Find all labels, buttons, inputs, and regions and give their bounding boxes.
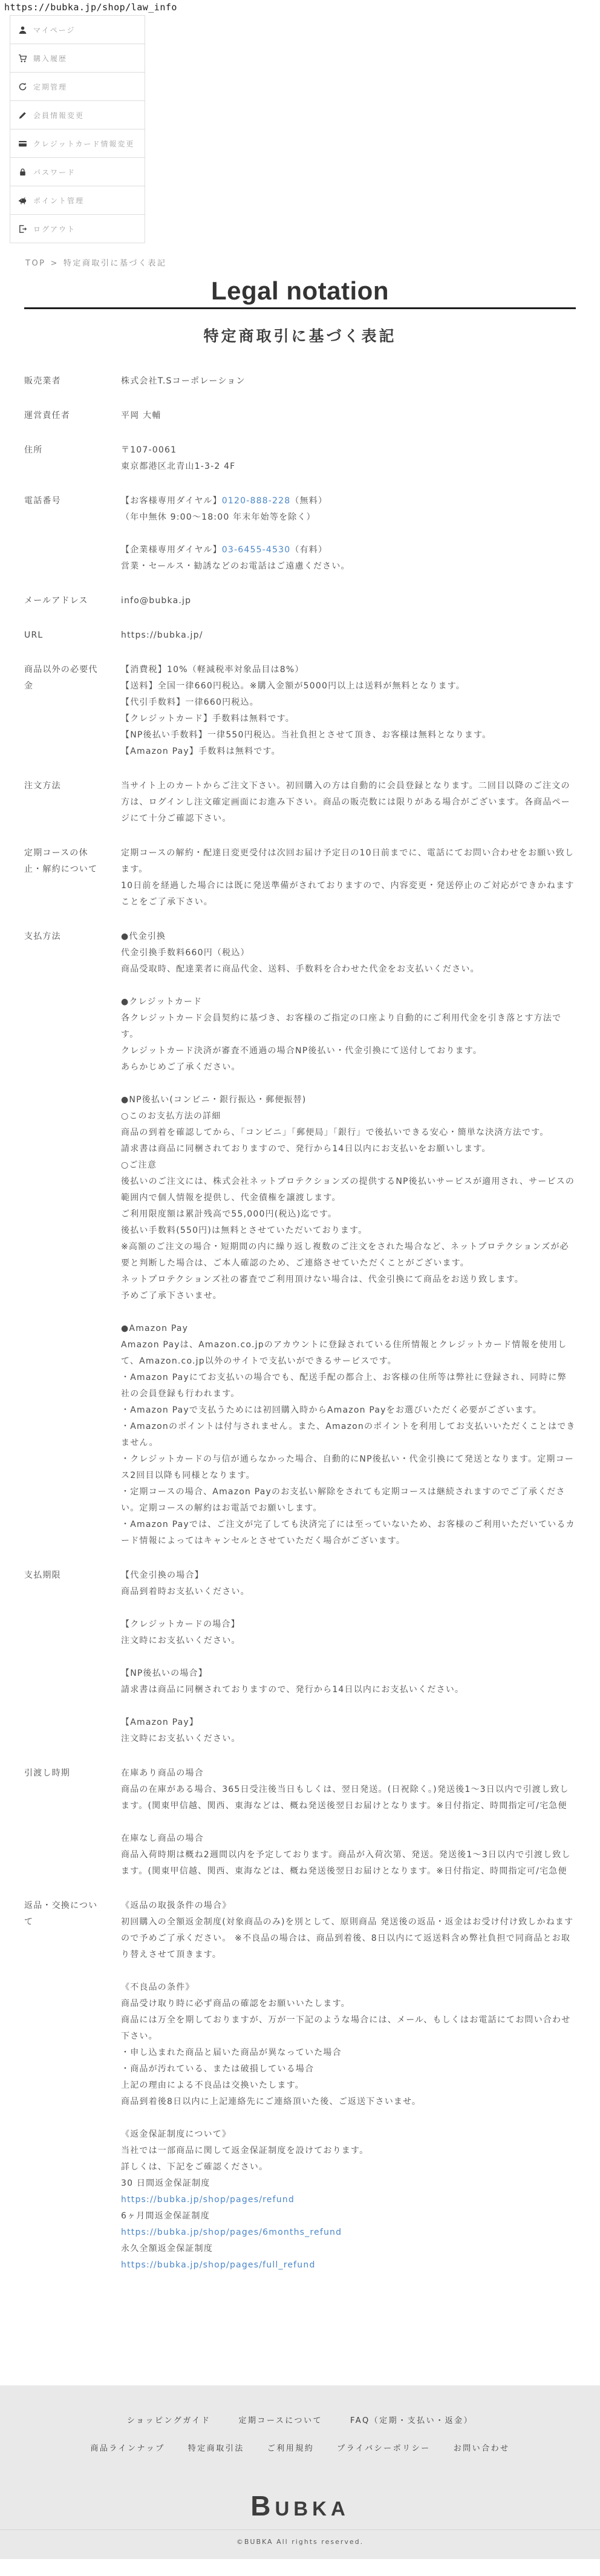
row-label: 支払期限 [24, 1568, 104, 1747]
value-text: 【NP後払いの場合】 [121, 1669, 207, 1678]
sidebar-item-label: 定期管理 [33, 82, 67, 92]
value-text: ●代金引換 [121, 932, 166, 941]
value-text: 当サイト上のカートからご注文下さい。初回購入の方は自動的に会員登録となります。二… [121, 781, 570, 823]
value-line: ●クレジットカード [121, 994, 576, 1010]
footer-link-2[interactable]: 定期コースについて [238, 2414, 322, 2425]
value-text: 初回購入の全額返金制度(対象商品のみ)を別として、原則商品 発送後の返品・返金は… [121, 1917, 573, 1960]
sidebar-item-6[interactable]: パスワード [10, 158, 145, 186]
value-line: ネットプロテクションズ社の審査でご利用頂けない場合は、代金引換にて商品をお送り致… [121, 1272, 576, 1288]
value-line: 在庫なし商品の場合 [121, 1831, 576, 1847]
value-text: ○ご注意 [121, 1160, 157, 1170]
value-text: 請求書は商品に同梱されておりますので、発行から14日以内にお支払いをお願いします… [121, 1144, 491, 1154]
value-text: ・Amazonのポイントは付与されません。また、Amazonのポイントを利用して… [121, 1422, 576, 1448]
sidebar-item-3[interactable]: 定期管理 [10, 73, 145, 101]
blank-line [121, 2110, 576, 2127]
value-line: ●Amazon Pay [121, 1321, 576, 1337]
value-line: 代金引換手数料660円（税込） [121, 945, 576, 961]
table-row: URLhttps://bubka.jp/ [24, 618, 576, 653]
logout-icon [18, 224, 27, 234]
value-line: 商品受け取り時に必ず商品の確認をお願いいたします。 [121, 1996, 576, 2012]
value-line: 商品入荷時期は概ね2週間以内を予定しております。商品が入荷次第、発送。発送後1〜… [121, 1847, 576, 1880]
sidebar-item-label: 購入履歴 [33, 53, 67, 64]
value-text: Amazon Payは、Amazon.co.jpのアカウントに登録されている住所… [121, 1340, 567, 1366]
page-title: Legal notation [24, 276, 576, 306]
value-text: 【消費税】10%（軽減税率対象品目は8%） [121, 665, 304, 675]
blank-line [121, 1698, 576, 1715]
value-line: ・Amazon Payでは、ご注文が完了しても決済完了には至っていないため、お客… [121, 1517, 576, 1549]
value-text: 商品の到着を確認してから、「コンビニ」「郵便局」「銀行」で後払いできる安心・簡単… [121, 1128, 549, 1137]
value-line: あらかじめご了承ください。 [121, 1059, 576, 1076]
value-line: ・商品が汚れている、または破損している場合 [121, 2061, 576, 2077]
value-line: ●代金引換 [121, 929, 576, 945]
value-text: 【代金引換の場合】 [121, 1571, 204, 1580]
row-value: 在庫あり商品の場合商品の在庫がある場合、365日受注後当日もしくは、翌日発送。(… [121, 1765, 576, 1880]
row-label: メールアドレス [24, 593, 104, 609]
value-text: 当社では一部商品に関して返金保証制度を設けております。 [121, 2146, 368, 2156]
row-value: 当サイト上のカートからご注文下さい。初回購入の方は自動的に会員登録となります。二… [121, 778, 576, 827]
copyright: ©BUBKA All rights reserved. [0, 2529, 600, 2559]
value-line: 【NP後払いの場合】 [121, 1666, 576, 1682]
row-value: 平岡 大輔 [121, 408, 576, 424]
legal-table: 販売業者株式会社T.Sコーポレーション運営責任者平岡 大輔住所〒107-0061… [24, 364, 576, 2283]
piggy-bank-icon [18, 196, 27, 205]
table-row: 住所〒107-0061東京都港区北青山1-3-2 4F [24, 433, 576, 484]
table-row: 注文方法当サイト上のカートからご注文下さい。初回購入の方は自動的に会員登録となり… [24, 769, 576, 836]
value-line: 上記の理由による不良品は交換いたします。 [121, 2077, 576, 2094]
value-line: 当社では一部商品に関して返金保証制度を設けております。 [121, 2143, 576, 2159]
value-text: ※高額のご注文の場合・短期間の内に繰り返し複数のご注文をされた場合など、ネットプ… [121, 1242, 569, 1268]
row-label: 電話番号 [24, 493, 104, 575]
value-line: 【送料】全国一律660円税込。※購入金額が5000円以上は送料が無料となります。 [121, 678, 576, 695]
value-text: 【NP後払い手数料】一律550円税込。当社負担とさせて頂き、お客様は無料となりま… [121, 730, 491, 740]
blank-line [121, 978, 576, 994]
inline-link[interactable]: 0120-888-228 [222, 496, 291, 506]
value-text: 定期コースの解約・配達日変更受付は次回お届け予定日の10日前までに、電話にてお問… [121, 848, 574, 874]
value-line: 商品到着時お支払いください。 [121, 1584, 576, 1600]
sidebar-item-8[interactable]: ログアウト [10, 215, 145, 243]
value-line: ※高額のご注文の場合・短期間の内に繰り返し複数のご注文をされた場合など、ネットプ… [121, 1239, 576, 1272]
value-line: ○ご注意 [121, 1157, 576, 1174]
row-value: 【代金引換の場合】商品到着時お支払いください。【クレジットカードの場合】注文時に… [121, 1568, 576, 1747]
value-text: 代金引換手数料660円（税込） [121, 948, 250, 958]
breadcrumb-separator: > [51, 259, 59, 268]
page-heading-wrap: Legal notation [24, 276, 576, 309]
footer-link-secondary-4[interactable]: プライバシーポリシー [337, 2442, 430, 2453]
value-line: 【クレジットカードの場合】 [121, 1617, 576, 1633]
sidebar-item-label: マイページ [33, 25, 76, 35]
sidebar-item-5[interactable]: クレジットカード情報変更 [10, 129, 145, 158]
value-line: ご利用限度額は累計残高で55,000円(税込)迄です。 [121, 1206, 576, 1223]
value-text: 《返金保証制度について》 [121, 2130, 231, 2139]
value-line: 6ヶ月間返金保証制度 [121, 2208, 576, 2225]
value-text: 30 日間返金保証制度 [121, 2179, 210, 2188]
value-text: 【Amazon Pay】手数料は無料です。 [121, 747, 281, 756]
value-line: 商品には万全を期しておりますが、万が一下記のような場合には、メール、もしくはお電… [121, 2012, 576, 2045]
value-line: （年中無休 9:00〜18:00 年末年始等を除く） [121, 509, 576, 526]
sidebar-item-7[interactable]: ポイント管理 [10, 186, 145, 215]
breadcrumb-top-link[interactable]: TOP [25, 259, 46, 268]
value-text: 永久全額返金保証制度 [121, 2244, 213, 2254]
breadcrumb-current: 特定商取引に基づく表記 [64, 259, 167, 268]
value-line: 商品受取時、配達業者に商品代金、送料、手数料を合わせた代金をお支払いください。 [121, 961, 576, 978]
breadcrumb: TOP>特定商取引に基づく表記 [25, 257, 600, 268]
value-line: 営業・セールス・勧誘などのお電話はご遠慮ください。 [121, 558, 576, 575]
value-text: 在庫あり商品の場合 [121, 1768, 204, 1778]
value-text: （年中無休 9:00〜18:00 年末年始等を除く） [121, 512, 316, 522]
value-text: （無料） [290, 496, 327, 506]
value-line: ●NP後払い(コンビニ・銀行振込・郵便振替) [121, 1092, 576, 1108]
value-text: ・定期コースの場合、Amazon Payのお支払い解除をされても定期コースは継続… [121, 1487, 566, 1513]
value-text: 【お客様専用ダイヤル】 [121, 496, 222, 506]
value-text: 詳しくは、下記をご確認ください。 [121, 2162, 268, 2172]
value-line: 請求書は商品に同梱されておりますので、発行から14日以内にお支払いください。 [121, 1682, 576, 1698]
value-text: 【送料】全国一律660円税込。※購入金額が5000円以上は送料が無料となります。 [121, 681, 465, 691]
value-text: 株式会社T.Sコーポレーション [121, 376, 246, 386]
value-line: 【クレジットカード】手数料は無料です。 [121, 711, 576, 727]
footer-link-secondary-2[interactable]: 特定商取引法 [188, 2442, 244, 2453]
footer-link-secondary-3[interactable]: ご利用規約 [267, 2442, 315, 2453]
value-text: 予めご了承下さいませ。 [121, 1291, 222, 1301]
value-line: 定期コースの解約・配達日変更受付は次回お届け予定日の10日前までに、電話にてお問… [121, 845, 576, 878]
sidebar-item-1[interactable]: マイページ [10, 16, 145, 44]
value-line: 当サイト上のカートからご注文下さい。初回購入の方は自動的に会員登録となります。二… [121, 778, 576, 827]
value-text: 注文時にお支払いください。 [121, 1734, 241, 1744]
value-text: ●Amazon Pay [121, 1324, 188, 1333]
value-text: ・Amazon Payで支払うためには初回購入時からAmazon Payをお選び… [121, 1405, 542, 1415]
value-text: 在庫なし商品の場合 [121, 1834, 204, 1843]
footer-link-secondary-1[interactable]: 商品ラインナップ [90, 2442, 165, 2453]
row-value: info@bubka.jp [121, 593, 576, 609]
value-line: 在庫あり商品の場合 [121, 1765, 576, 1782]
blank-line [121, 1963, 576, 1979]
value-text: ・商品が汚れている、または破損している場合 [121, 2064, 314, 2074]
row-label: 販売業者 [24, 373, 104, 390]
value-text: 【クレジットカード】手数料は無料です。 [121, 714, 295, 724]
value-text: 東京都港区北青山1-3-2 4F [121, 462, 235, 471]
table-row: 運営責任者平岡 大輔 [24, 399, 576, 433]
row-label: 運営責任者 [24, 408, 104, 424]
value-line: https://bubka.jp/ [121, 627, 576, 644]
row-value: 《返品の取扱条件の場合》初回購入の全額返金制度(対象商品のみ)を別として、原則商… [121, 1898, 576, 2274]
footer-nav-primary: ショッピングガイド定期コースについてFAQ（定期・支払い・返金） [0, 2414, 600, 2425]
table-row: 販売業者株式会社T.Sコーポレーション [24, 364, 576, 399]
value-line: クレジットカード決済が審査不通過の場合NP後払い・代金引換にて送付しております。 [121, 1043, 576, 1059]
blank-line [121, 526, 576, 542]
sidebar-item-label: パスワード [33, 167, 76, 177]
table-row: 定期コースの休止・解約について定期コースの解約・配達日変更受付は次回お届け予定日… [24, 836, 576, 920]
sidebar-item-label: ポイント管理 [33, 195, 84, 206]
value-line: 予めご了承下さいませ。 [121, 1288, 576, 1304]
value-text: 後払いのご注文には、株式会社ネットプロテクションズの提供するNP後払いサービスが… [121, 1177, 575, 1203]
value-line: 各クレジットカード会員契約に基づき、お客様のご指定の口座より自動的にご利用代金を… [121, 1010, 576, 1043]
value-line: ・定期コースの場合、Amazon Payのお支払い解除をされても定期コースは継続… [121, 1484, 576, 1517]
row-value: 【消費税】10%（軽減税率対象品目は8%）【送料】全国一律660円税込。※購入金… [121, 662, 576, 760]
value-text: ご利用限度額は累計残高で55,000円(税込)迄です。 [121, 1209, 337, 1219]
value-line: https://bubka.jp/shop/pages/6months_refu… [121, 2225, 576, 2241]
row-value: 【お客様専用ダイヤル】0120-888-228（無料）（年中無休 9:00〜18… [121, 493, 576, 575]
value-text: 上記の理由による不良品は交換いたします。 [121, 2081, 304, 2090]
blank-line [121, 1304, 576, 1321]
value-line: 《不良品の条件》 [121, 1979, 576, 1996]
value-line: 東京都港区北青山1-3-2 4F [121, 459, 576, 475]
value-line: 商品到着後8日以内に上記連絡先にご連絡頂いた後、ご返送下さいませ。 [121, 2094, 576, 2110]
value-text: ○このお支払方法の詳細 [121, 1111, 221, 1121]
value-line: ○このお支払方法の詳細 [121, 1108, 576, 1125]
value-text: 商品入荷時期は概ね2週間以内を予定しております。商品が入荷次第、発送。発送後1〜… [121, 1850, 571, 1876]
value-line: 《返金保証制度について》 [121, 2127, 576, 2143]
footer-nav-secondary: 商品ラインナップ特定商取引法ご利用規約プライバシーポリシーお問い合わせ [0, 2442, 600, 2453]
value-text: 商品には万全を期しておりますが、万が一下記のような場合には、メール、もしくはお電… [121, 2015, 570, 2041]
blank-line [121, 1649, 576, 1666]
inline-link[interactable]: https://bubka.jp/shop/pages/refund [121, 2195, 295, 2205]
table-row: 引渡し時期在庫あり商品の場合商品の在庫がある場合、365日受注後当日もしくは、翌… [24, 1756, 576, 1889]
credit-card-icon [18, 139, 27, 148]
sidebar-item-label: 会員情報変更 [33, 110, 84, 120]
value-text: ●クレジットカード [121, 997, 202, 1007]
value-line: 【企業様専用ダイヤル】03-6455-4530（有料） [121, 542, 576, 558]
value-line: 【Amazon Pay】 [121, 1715, 576, 1731]
value-line: 〒107-0061 [121, 442, 576, 459]
value-line: 【代金引換の場合】 [121, 1568, 576, 1584]
sync-icon [18, 82, 27, 91]
value-line: 【Amazon Pay】手数料は無料です。 [121, 744, 576, 760]
value-line: 【お客様専用ダイヤル】0120-888-228（無料） [121, 493, 576, 509]
value-text: 【企業様専用ダイヤル】 [121, 545, 222, 555]
value-text: ・Amazon Payにてお支払いの場合でも、配送手配の都合上、お客様の住所等は… [121, 1373, 567, 1399]
value-line: Amazon Payは、Amazon.co.jpのアカウントに登録されている住所… [121, 1337, 576, 1370]
row-label: 住所 [24, 442, 104, 475]
value-line: 後払い手数料(550円)は無料とさせていただいております。 [121, 1223, 576, 1239]
row-label: 返品・交換について [24, 1898, 104, 2274]
value-text: 平岡 大輔 [121, 411, 161, 420]
value-text: ネットプロテクションズ社の審査でご利用頂けない場合は、代金引換にて商品をお送り致… [121, 1275, 524, 1284]
value-text: クレジットカード決済が審査不通過の場合NP後払い・代金引換にて送付しております。 [121, 1046, 482, 1056]
value-line: info@bubka.jp [121, 593, 576, 609]
value-line: ・Amazon Payにてお支払いの場合でも、配送手配の都合上、お客様の住所等は… [121, 1370, 576, 1402]
value-line: https://bubka.jp/shop/pages/full_refund [121, 2257, 576, 2274]
value-line: 請求書は商品に同梱されておりますので、発行から14日以内にお支払いをお願いします… [121, 1141, 576, 1157]
row-value: 株式会社T.Sコーポレーション [121, 373, 576, 390]
pencil-icon [18, 111, 27, 120]
row-value: ●代金引換代金引換手数料660円（税込）商品受取時、配達業者に商品代金、送料、手… [121, 929, 576, 1549]
blank-line [121, 1814, 576, 1831]
row-label: 定期コースの休止・解約について [24, 845, 104, 910]
value-text: 商品到着後8日以内に上記連絡先にご連絡頂いた後、ご返送下さいませ。 [121, 2097, 421, 2107]
value-line: 詳しくは、下記をご確認ください。 [121, 2159, 576, 2176]
row-value: 定期コースの解約・配達日変更受付は次回お届け予定日の10日前までに、電話にてお問… [121, 845, 576, 910]
value-line: 注文時にお支払いください。 [121, 1633, 576, 1649]
sidebar-menu: マイページ購入履歴定期管理会員情報変更クレジットカード情報変更パスワードポイント… [10, 15, 145, 243]
row-label: URL [24, 627, 104, 644]
row-value: https://bubka.jp/ [121, 627, 576, 644]
value-text: info@bubka.jp [121, 596, 191, 606]
footer-logo-first-letter: B [250, 2490, 275, 2522]
sidebar-item-4[interactable]: 会員情報変更 [10, 101, 145, 129]
value-text: 【クレジットカードの場合】 [121, 1620, 240, 1629]
value-line: 【消費税】10%（軽減税率対象品目は8%） [121, 662, 576, 678]
blank-line [121, 1600, 576, 1617]
page-url-text: https://bubka.jp/shop/law_info [0, 0, 600, 14]
value-line: 【代引手数料】一律660円税込。 [121, 695, 576, 711]
value-line: 永久全額返金保証制度 [121, 2241, 576, 2257]
footer-link-secondary-5[interactable]: お問い合わせ [454, 2442, 510, 2453]
value-line: 10日前を経過した場合には既に発送準備がされておりますので、内容変更・発送停止の… [121, 878, 576, 910]
sidebar-item-label: クレジットカード情報変更 [33, 139, 134, 149]
value-text: 請求書は商品に同梱されておりますので、発行から14日以内にお支払いください。 [121, 1685, 464, 1695]
blank-line [121, 1076, 576, 1092]
value-text: 後払い手数料(550円)は無料とさせていただいております。 [121, 1226, 367, 1235]
value-text: ・クレジットカードの与信が通らなかった場合、自動的にNP後払い・代金引換にて発送… [121, 1454, 574, 1480]
page-subtitle: 特定商取引に基づく表記 [0, 324, 600, 346]
value-text: （有料） [290, 545, 327, 555]
inline-link[interactable]: 03-6455-4530 [222, 545, 291, 555]
row-value: 〒107-0061東京都港区北青山1-3-2 4F [121, 442, 576, 475]
value-text: 《返品の取扱条件の場合》 [121, 1901, 231, 1911]
value-line: 後払いのご注文には、株式会社ネットプロテクションズの提供するNP後払いサービスが… [121, 1174, 576, 1206]
table-row: 電話番号【お客様専用ダイヤル】0120-888-228（無料）（年中無休 9:0… [24, 484, 576, 584]
value-text: ・Amazon Payでは、ご注文が完了しても決済完了には至っていないため、お客… [121, 1520, 575, 1546]
value-line: 商品の到着を確認してから、「コンビニ」「郵便局」「銀行」で後払いできる安心・簡単… [121, 1125, 576, 1141]
row-label: 注文方法 [24, 778, 104, 827]
value-line: 30 日間返金保証制度 [121, 2176, 576, 2192]
inline-link[interactable]: https://bubka.jp/shop/pages/6months_refu… [121, 2228, 342, 2237]
value-text: 【Amazon Pay】 [121, 1718, 198, 1727]
row-label: 引渡し時期 [24, 1765, 104, 1880]
cart-icon [18, 54, 27, 63]
sidebar-item-label: ログアウト [33, 224, 76, 234]
value-line: 【NP後払い手数料】一律550円税込。当社負担とさせて頂き、お客様は無料となりま… [121, 727, 576, 744]
inline-link[interactable]: https://bubka.jp/shop/pages/full_refund [121, 2260, 316, 2270]
footer-link-3[interactable]: FAQ（定期・支払い・返金） [350, 2414, 473, 2425]
value-text: https://bubka.jp/ [121, 630, 203, 640]
value-text: ・申し込まれた商品と届いた商品が異なっていた場合 [121, 2048, 342, 2058]
value-text: 商品受け取り時に必ず商品の確認をお願いいたします。 [121, 1999, 350, 2009]
table-row: 支払方法●代金引換代金引換手数料660円（税込）商品受取時、配達業者に商品代金、… [24, 920, 576, 1558]
lock-icon [18, 168, 27, 177]
value-text: 商品の在庫がある場合、365日受注後当日もしくは、翌日発送。(日祝除く。)発送後… [121, 1785, 569, 1811]
row-label: 支払方法 [24, 929, 104, 1549]
value-line: 株式会社T.Sコーポレーション [121, 373, 576, 390]
footer: ショッピングガイド定期コースについてFAQ（定期・支払い・返金） 商品ラインナッ… [0, 2385, 600, 2559]
footer-link-1[interactable]: ショッピングガイド [127, 2414, 211, 2425]
value-text: 営業・セールス・勧誘などのお電話はご遠慮ください。 [121, 561, 350, 571]
value-text: 各クレジットカード会員契約に基づき、お客様のご指定の口座より自動的にご利用代金を… [121, 1013, 561, 1039]
value-line: ・申し込まれた商品と届いた商品が異なっていた場合 [121, 2045, 576, 2061]
value-text: 【代引手数料】一律660円税込。 [121, 698, 259, 707]
value-text: 《不良品の条件》 [121, 1983, 195, 1992]
value-text: ●NP後払い(コンビニ・銀行振込・郵便振替) [121, 1095, 306, 1105]
table-row: 商品以外の必要代金【消費税】10%（軽減税率対象品目は8%）【送料】全国一律66… [24, 653, 576, 769]
user-icon [18, 25, 27, 34]
value-line: 初回購入の全額返金制度(対象商品のみ)を別として、原則商品 発送後の返品・返金は… [121, 1914, 576, 1963]
value-line: 《返品の取扱条件の場合》 [121, 1898, 576, 1914]
footer-logo-rest: UBKA [275, 2497, 349, 2520]
value-line: 商品の在庫がある場合、365日受注後当日もしくは、翌日発送。(日祝除く。)発送後… [121, 1782, 576, 1814]
sidebar-item-2[interactable]: 購入履歴 [10, 44, 145, 73]
value-text: あらかじめご了承ください。 [121, 1062, 241, 1072]
table-row: 返品・交換について《返品の取扱条件の場合》初回購入の全額返金制度(対象商品のみ)… [24, 1889, 576, 2283]
row-label: 商品以外の必要代金 [24, 662, 104, 760]
value-line: https://bubka.jp/shop/pages/refund [121, 2192, 576, 2208]
value-text: 〒107-0061 [121, 445, 177, 455]
value-text: 10日前を経過した場合には既に発送準備がされておりますので、内容変更・発送停止の… [121, 881, 575, 907]
value-line: 平岡 大輔 [121, 408, 576, 424]
footer-logo: BUBKA [0, 2492, 600, 2520]
table-row: 支払期限【代金引換の場合】商品到着時お支払いください。【クレジットカードの場合】… [24, 1558, 576, 1756]
value-text: 6ヶ月間返金保証制度 [121, 2211, 210, 2221]
value-text: 商品受取時、配達業者に商品代金、送料、手数料を合わせた代金をお支払いください。 [121, 964, 480, 974]
value-line: ・クレジットカードの与信が通らなかった場合、自動的にNP後払い・代金引換にて発送… [121, 1451, 576, 1484]
value-line: 注文時にお支払いください。 [121, 1731, 576, 1747]
value-line: ・Amazon Payで支払うためには初回購入時からAmazon Payをお選び… [121, 1402, 576, 1419]
value-text: 注文時にお支払いください。 [121, 1636, 241, 1646]
table-row: メールアドレスinfo@bubka.jp [24, 584, 576, 618]
value-text: 商品到着時お支払いください。 [121, 1587, 250, 1597]
value-line: ・Amazonのポイントは付与されません。また、Amazonのポイントを利用して… [121, 1419, 576, 1451]
